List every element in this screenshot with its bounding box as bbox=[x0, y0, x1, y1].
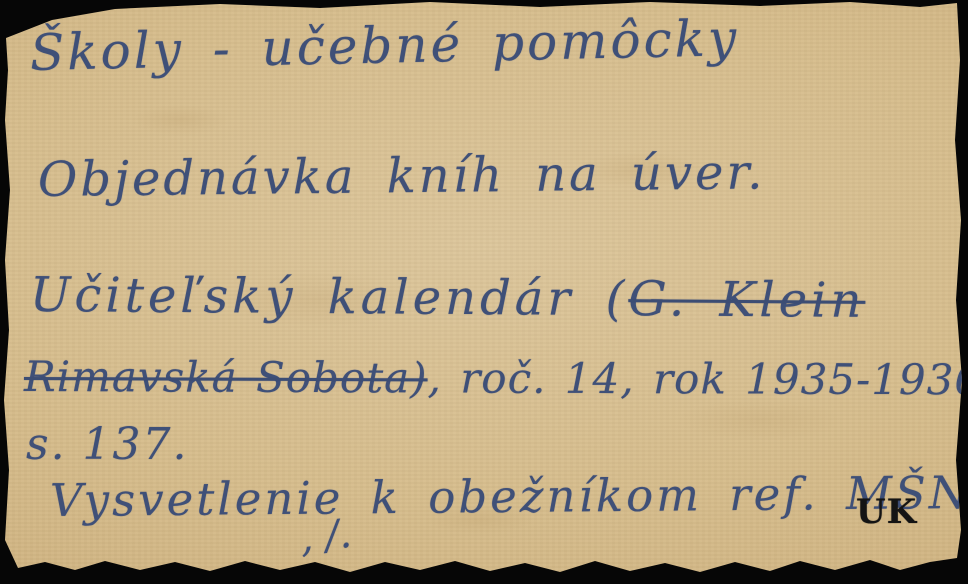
paper-card: Školy - učebné pomôcky Objednávka kníh n… bbox=[0, 0, 968, 584]
struck-author-name: G. Klein bbox=[628, 271, 865, 329]
source-text: Učiteľský kalendár ( bbox=[30, 267, 629, 327]
struck-place-name: Rimavská Sobota) bbox=[24, 352, 428, 402]
volume-year-text: , roč. 14, rok 1935-1936, bbox=[427, 353, 968, 404]
handwritten-title-line: Objednávka kníh na úver. bbox=[38, 144, 766, 208]
handwritten-source-line: Učiteľský kalendár (G. Klein bbox=[30, 267, 866, 329]
scanned-catalog-card: Školy - učebné pomôcky Objednávka kníh n… bbox=[0, 0, 968, 584]
handwritten-continuation-line: Rimavská Sobota), roč. 14, rok 1935-1936… bbox=[24, 352, 968, 404]
handwritten-page-reference: s. 137. bbox=[26, 419, 189, 470]
correction-mark: , /. bbox=[298, 511, 354, 562]
handwritten-subject-heading: Školy - učebné pomôcky bbox=[29, 9, 739, 82]
handwritten-note-line: Vysvetlenie k obežníkom ref. MŠNO bbox=[50, 466, 968, 527]
library-ownership-stamp: UK bbox=[856, 492, 917, 532]
